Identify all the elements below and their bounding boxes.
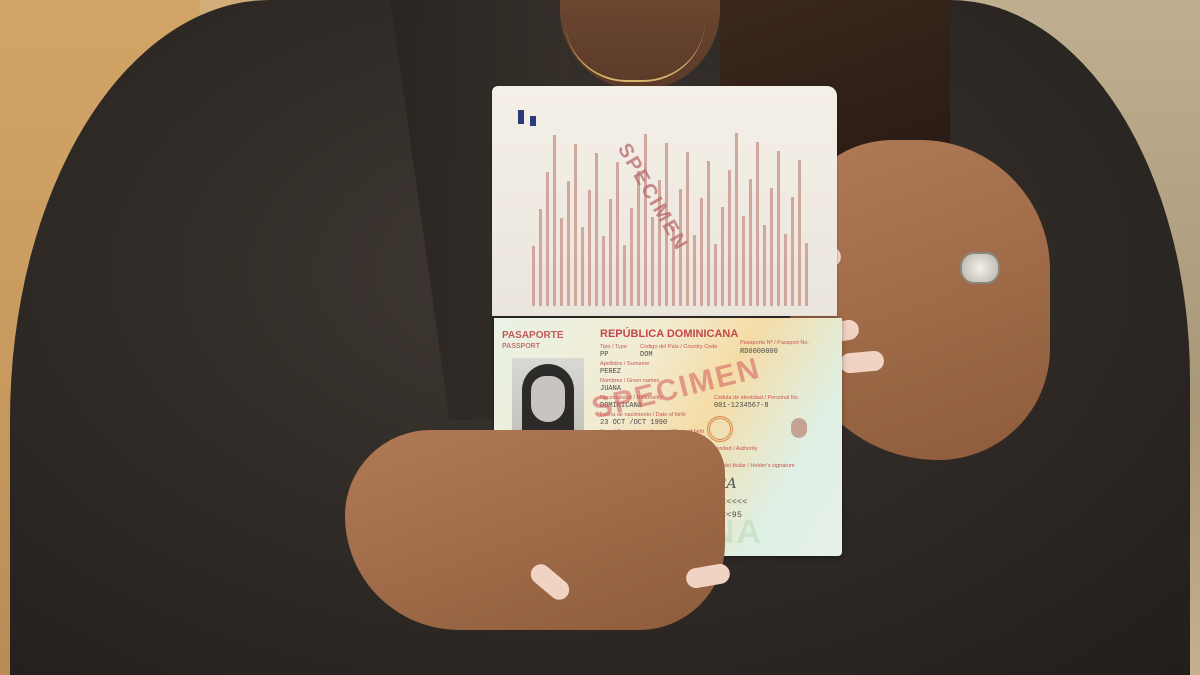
type-label: Tipo / Type bbox=[600, 344, 627, 350]
left-hand bbox=[345, 430, 725, 630]
personal-no-value: 001-1234567-8 bbox=[714, 402, 769, 410]
passport-no-label: Pasaporte Nº / Passport No. bbox=[740, 340, 809, 346]
country-code-label: Código del País / Country Code bbox=[640, 344, 717, 350]
blue-mark bbox=[518, 110, 524, 124]
text-line bbox=[616, 162, 619, 306]
type-value: PP bbox=[600, 351, 608, 359]
text-line bbox=[784, 234, 787, 306]
rotated-text-lines bbox=[532, 106, 812, 306]
text-line bbox=[602, 236, 605, 306]
text-line bbox=[798, 160, 801, 306]
text-line bbox=[595, 153, 598, 306]
text-line bbox=[756, 142, 759, 306]
photo-face bbox=[531, 376, 565, 422]
text-line bbox=[651, 217, 654, 306]
text-line bbox=[588, 190, 591, 306]
country-code-value: DOM bbox=[640, 351, 653, 359]
text-line bbox=[728, 170, 731, 306]
text-line bbox=[581, 227, 584, 306]
text-line bbox=[707, 161, 710, 306]
surname-label: Apellidos / Surname bbox=[600, 361, 649, 367]
text-line bbox=[742, 216, 745, 306]
text-line bbox=[763, 225, 766, 306]
text-line bbox=[749, 179, 752, 306]
text-line bbox=[630, 208, 633, 306]
text-line bbox=[609, 199, 612, 306]
text-line bbox=[532, 246, 535, 306]
personal-no-label: Cédula de identidad / Personal No. bbox=[714, 395, 799, 401]
text-line bbox=[777, 151, 780, 306]
diamond-ring bbox=[960, 252, 1000, 284]
surname-value: PEREZ bbox=[600, 368, 621, 376]
text-line bbox=[539, 209, 542, 306]
doc-title-en: PASSPORT bbox=[502, 343, 540, 350]
photo-scene: SPECIMEN DOMINICANA PASAPORTE PASSPORT R… bbox=[0, 0, 1200, 675]
text-line bbox=[805, 243, 808, 306]
text-line bbox=[560, 218, 563, 306]
text-line bbox=[693, 235, 696, 306]
text-line bbox=[574, 144, 577, 306]
ghost-face bbox=[791, 418, 807, 438]
text-line bbox=[546, 172, 549, 306]
text-line bbox=[644, 134, 647, 306]
text-line bbox=[700, 198, 703, 306]
text-line bbox=[567, 181, 570, 306]
security-swirl-icon bbox=[707, 416, 733, 442]
text-line bbox=[791, 197, 794, 306]
text-line bbox=[735, 133, 738, 306]
text-line bbox=[553, 135, 556, 306]
ghost-photo bbox=[779, 406, 819, 452]
country-name: REPÚBLICA DOMINICANA bbox=[600, 328, 738, 340]
text-line bbox=[714, 244, 717, 306]
doc-title-es: PASAPORTE bbox=[502, 330, 564, 341]
passport-visa-page: SPECIMEN bbox=[492, 86, 837, 316]
text-line bbox=[686, 152, 689, 306]
text-line bbox=[721, 207, 724, 306]
text-line bbox=[623, 245, 626, 306]
text-line bbox=[770, 188, 773, 306]
